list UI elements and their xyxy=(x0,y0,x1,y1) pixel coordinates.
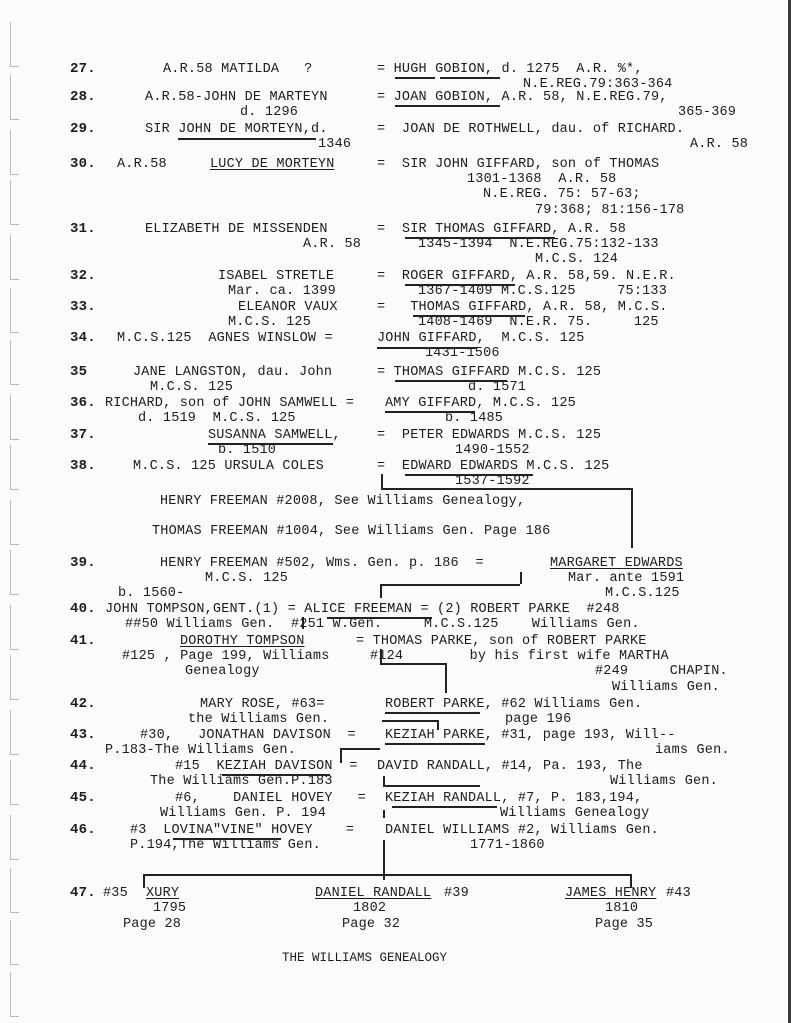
entry-number: 32. xyxy=(70,269,96,284)
left-line: JANE LANGSTON, dau. John xyxy=(133,365,332,380)
right-line: 365-369 xyxy=(678,105,736,120)
left-line: #3 LOVINA"VINE" HOVEY = xyxy=(130,823,354,838)
connector xyxy=(383,810,385,818)
child-page: Page 35 xyxy=(595,917,653,932)
entry-number: 35 xyxy=(70,365,87,380)
right-line: DAVID RANDALL, #14, Pa. 193, The xyxy=(377,759,643,774)
left-line: #15 KEZIAH DAVISON = xyxy=(175,759,358,774)
underline xyxy=(385,712,480,714)
entry-number: 27. xyxy=(70,62,96,77)
entry-number: 41. xyxy=(70,634,96,649)
left-line: b. 1510 xyxy=(218,443,276,458)
entry-number: 36. xyxy=(70,396,96,411)
left-line: #125 , Page 199, Williams xyxy=(122,649,330,664)
entry-number: 38. xyxy=(70,459,96,474)
margin-mark xyxy=(10,815,19,860)
underline xyxy=(395,105,500,107)
left-line: SUSANNA SAMWELL, xyxy=(208,428,341,443)
left-line: ISABEL STRETLE xyxy=(218,269,334,284)
left-line: M.C.S.125 AGNES WINSLOW = xyxy=(117,331,333,346)
underline xyxy=(173,838,281,840)
margin-mark xyxy=(10,180,19,225)
connector xyxy=(383,785,480,787)
right-line: A.R. 58 xyxy=(690,137,748,152)
right-line: = HUGH GOBION, d. 1275 A.R. %*, xyxy=(377,62,643,77)
margin-mark xyxy=(10,920,19,965)
entry-number: 40. xyxy=(70,602,96,617)
underline xyxy=(385,411,475,413)
entry-number: 44. xyxy=(70,759,96,774)
right-line: M.C.S. 124 xyxy=(535,252,618,267)
connector xyxy=(380,663,445,665)
child-page: Page 32 xyxy=(342,917,400,932)
connector xyxy=(340,748,380,750)
entry-number: 31. xyxy=(70,222,96,237)
left-line: b. 1560- xyxy=(118,586,184,601)
right-line: KEZIAH PARKE, #31, page 193, Will-- xyxy=(385,728,676,743)
entry-number: 33. xyxy=(70,300,96,315)
margin-mark xyxy=(10,710,19,755)
margin-mark xyxy=(10,655,19,700)
underline xyxy=(327,617,432,619)
right-line: KEZIAH RANDALL, #7, P. 183,194, xyxy=(385,791,642,806)
left-line: Williams Gen. P. 194 xyxy=(160,806,326,821)
left-line: ELIZABETH DE MISSENDEN xyxy=(145,222,328,237)
child-year: 1795 xyxy=(153,901,186,916)
entry-number: 30. xyxy=(70,157,96,172)
right-line: Williams Gen. xyxy=(612,680,720,695)
connector xyxy=(631,488,633,548)
child-id: #43 xyxy=(666,886,691,901)
right-line: Mar. ante 1591 xyxy=(568,571,684,586)
entry-number: 34. xyxy=(70,331,96,346)
left-line: 1346 xyxy=(318,137,351,152)
left-line: A.R.58-JOHN DE MARTEYN xyxy=(145,90,328,105)
underline xyxy=(405,237,555,239)
left-line: SIR JOHN DE MORTEYN,d. xyxy=(145,122,328,137)
right-line: JOHN GIFFARD, M.C.S. 125 xyxy=(377,331,585,346)
right-line: N.E.REG. 75: 57-63; xyxy=(483,187,641,202)
connector xyxy=(520,572,522,584)
underline xyxy=(208,443,333,445)
left-line: Genealogy xyxy=(185,664,260,679)
child-name: JAMES HENRY xyxy=(565,886,656,901)
left-line: ELEANOR VAUX xyxy=(238,300,338,315)
child-id: #39 xyxy=(444,886,469,901)
left-line: A.R. 58 xyxy=(303,237,361,252)
left-line: Mar. ca. 1399 xyxy=(228,284,336,299)
entry-number: 39. xyxy=(70,556,96,571)
left-line: the Williams Gen. xyxy=(188,712,329,727)
right-line: #124 by his first wife MARTHA xyxy=(370,649,669,664)
margin-mark xyxy=(10,75,19,120)
right-line: 1345-1394 N.E.REG.75:132-133 xyxy=(418,237,659,252)
child-name: DANIEL RANDALL xyxy=(315,886,431,901)
right-line: 1301-1368 A.R. 58 xyxy=(467,172,616,187)
right-line: = PETER EDWARDS M.C.S. 125 xyxy=(377,428,601,443)
right-line: = THOMAS GIFFARD M.C.S. 125 xyxy=(377,365,601,380)
left-line: DOROTHY TOMPSON xyxy=(180,634,305,649)
child-id: #35 xyxy=(103,886,128,901)
left-line: MARY ROSE, #63= xyxy=(200,697,325,712)
entry-number: 29. xyxy=(70,122,96,137)
left-line: P.194,The Williams Gen. xyxy=(130,838,321,853)
entry-number: 42. xyxy=(70,697,96,712)
underline xyxy=(222,774,330,776)
connector xyxy=(381,488,631,490)
right-line: 1367-1409 M.C.S.125 75:133 xyxy=(418,284,667,299)
left-line: The Williams Gen.P.183 xyxy=(150,774,333,789)
right-line: ROBERT PARKE, #62 Williams Gen. xyxy=(385,697,642,712)
margin-mark xyxy=(10,235,19,280)
margin-mark xyxy=(10,760,19,805)
note-line: HENRY FREEMAN #2008, See Williams Geneal… xyxy=(160,494,525,509)
right-line: #249 CHAPIN. xyxy=(595,664,728,679)
connector xyxy=(143,874,145,888)
underline xyxy=(178,138,316,140)
left-line: #30, JONATHAN DAVISON = xyxy=(140,728,356,743)
right-line: b. 1485 xyxy=(445,411,503,426)
right-line: 1490-1552 xyxy=(455,443,530,458)
entry-number: 43. xyxy=(70,728,96,743)
underline xyxy=(405,474,533,476)
underline xyxy=(395,77,435,79)
left-line: A.R.58 xyxy=(117,157,167,172)
right-line: Williams Genealogy xyxy=(500,806,649,821)
right-line: d. 1571 xyxy=(468,380,526,395)
right-line: 79:368; 81:156-178 xyxy=(535,203,684,218)
underline xyxy=(405,284,515,286)
margin-mark xyxy=(10,445,19,490)
child-name: XURY xyxy=(146,886,179,901)
right-line: = THOMAS PARKE, son of ROBERT PARKE xyxy=(356,634,647,649)
underline xyxy=(377,347,477,349)
right-line: Williams Gen. xyxy=(610,774,718,789)
margin-mark xyxy=(10,972,19,1017)
left-line: HENRY FREEMAN #502, Wms. Gen. p. 186 = xyxy=(160,556,484,571)
margin-mark xyxy=(10,550,19,595)
right-line: page 196 xyxy=(505,712,571,727)
left-line: ##50 Williams Gen. #251 W.Gen. M.C.S.125… xyxy=(125,617,640,632)
underline xyxy=(413,315,525,317)
footer-title: THE WILLIAMS GENEALOGY xyxy=(282,951,447,965)
connector xyxy=(382,720,437,722)
underline xyxy=(395,380,507,382)
connector xyxy=(380,584,520,586)
margin-mark xyxy=(10,22,19,67)
underline xyxy=(440,77,500,79)
right-line: M.C.S.125 xyxy=(605,586,680,601)
right-line: iams Gen. xyxy=(655,743,730,758)
entry-number: 47. xyxy=(70,886,96,901)
right-line: = SIR JOHN GIFFARD, son of THOMAS xyxy=(377,157,659,172)
entry-number: 28. xyxy=(70,90,96,105)
left-line: JOHN TOMPSON,GENT.(1) = ALICE FREEMAN = … xyxy=(105,602,620,617)
connector xyxy=(340,748,342,763)
note-line: THOMAS FREEMAN #1004, See Williams Gen. … xyxy=(152,524,550,539)
underline xyxy=(385,743,485,745)
left-line: d. 1519 M.C.S. 125 xyxy=(138,411,296,426)
right-line: = SIR THOMAS GIFFARD, A.R. 58 xyxy=(377,222,626,237)
right-line: = JOAN DE ROTHWELL, dau. of RICHARD. xyxy=(377,122,684,137)
margin-mark xyxy=(10,500,19,545)
right-line: 1408-1469 N.E.R. 75. 125 xyxy=(418,315,659,330)
left-line: M.C.S. 125 xyxy=(205,571,288,586)
left-line: M.C.S. 125 URSULA COLES xyxy=(133,459,324,474)
right-line: DANIEL WILLIAMS #2, Williams Gen. xyxy=(385,823,659,838)
right-line: = ROGER GIFFARD, A.R. 58,59. N.E.R. xyxy=(377,269,676,284)
left-line: RICHARD, son of JOHN SAMWELL = xyxy=(105,396,354,411)
underline xyxy=(392,806,497,808)
margin-mark xyxy=(10,288,19,333)
right-line: MARGARET EDWARDS xyxy=(550,556,683,571)
child-page: Page 28 xyxy=(123,917,181,932)
right-line: AMY GIFFARD, M.C.S. 125 xyxy=(385,396,576,411)
child-year: 1810 xyxy=(605,901,638,916)
connector xyxy=(437,720,439,730)
connector xyxy=(445,663,447,693)
left-line: #6, DANIEL HOVEY = xyxy=(175,791,366,806)
child-year: 1802 xyxy=(353,901,386,916)
right-line: = JOAN GOBION, A.R. 58, N.E.REG.79, xyxy=(377,90,668,105)
right-line: 1771-1860 xyxy=(470,838,545,853)
connector xyxy=(302,617,304,629)
margin-mark xyxy=(10,340,19,385)
right-line: = EDWARD EDWARDS M.C.S. 125 xyxy=(377,459,609,474)
margin-mark xyxy=(10,395,19,440)
connector xyxy=(381,474,383,489)
margin-mark xyxy=(10,130,19,175)
left-line: M.C.S. 125 xyxy=(150,380,233,395)
connector xyxy=(380,584,382,598)
left-line: M.C.S. 125 xyxy=(228,315,311,330)
right-line: = THOMAS GIFFARD, A.R. 58, M.C.S. xyxy=(377,300,668,315)
connector xyxy=(380,649,382,663)
margin-mark xyxy=(10,868,19,913)
entry-number: 45. xyxy=(70,791,96,806)
left-line: LUCY DE MORTEYN xyxy=(210,157,335,172)
left-line: A.R.58 MATILDA ? xyxy=(163,62,312,77)
margin-mark xyxy=(10,605,19,650)
connector xyxy=(143,874,630,876)
entry-number: 37. xyxy=(70,428,96,443)
entry-number: 46. xyxy=(70,823,96,838)
right-line: 1537-1592 xyxy=(455,474,530,489)
left-line: P.183-The Williams Gen. xyxy=(105,743,296,758)
left-line: d. 1296 xyxy=(240,105,298,120)
